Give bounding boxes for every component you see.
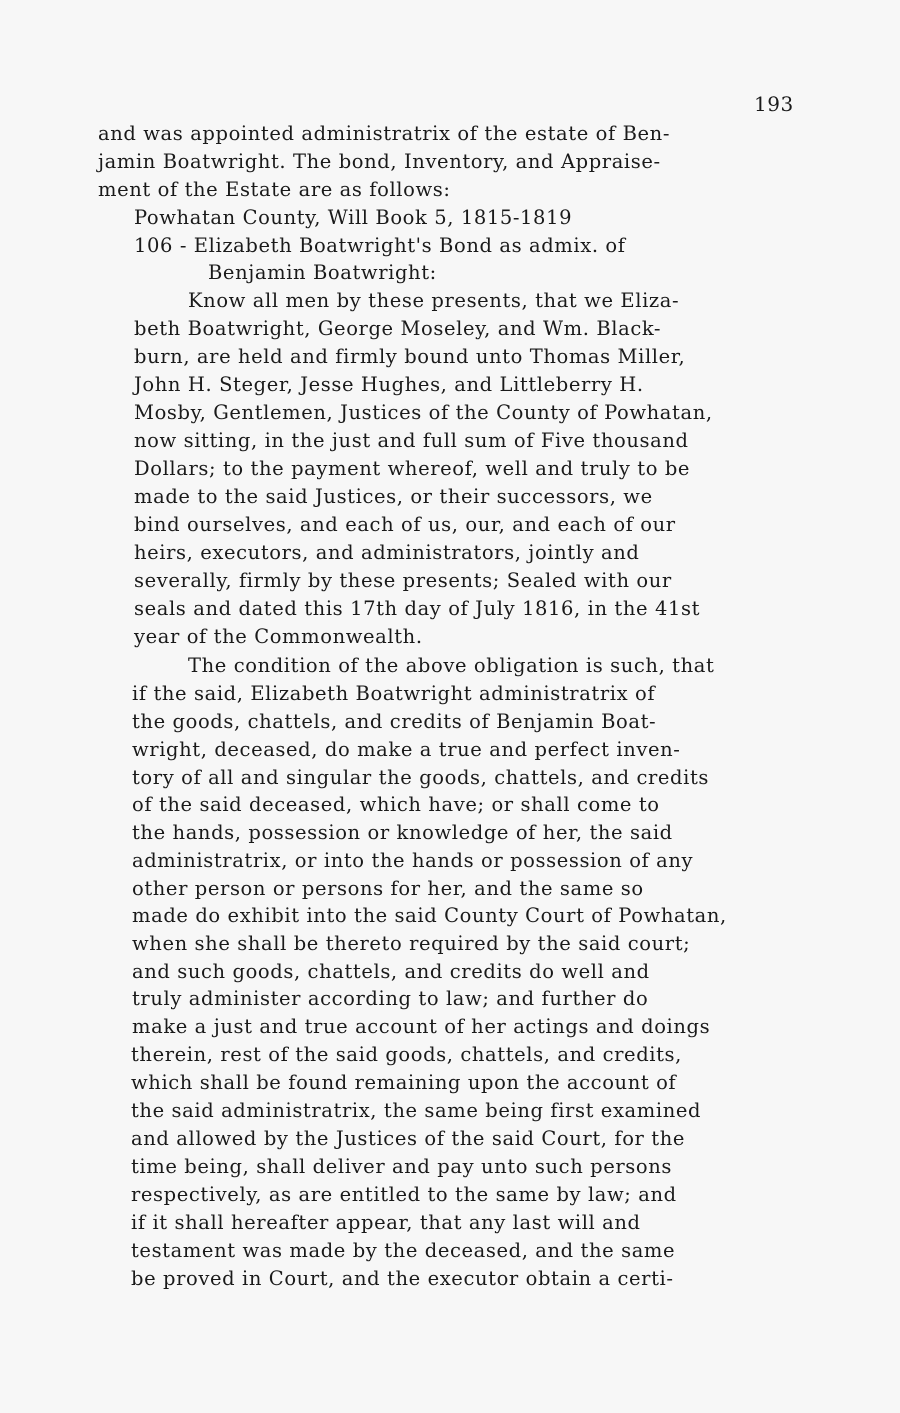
- text-line: 106 - Elizabeth Boatwright's Bond as adm…: [134, 234, 626, 258]
- text-line: if the said, Elizabeth Boatwright admini…: [132, 682, 655, 706]
- text-line: severally, firmly by these presents; Sea…: [134, 569, 672, 593]
- text-line: time being, shall deliver and pay unto s…: [131, 1155, 672, 1179]
- text-line: jamin Boatwright. The bond, Inventory, a…: [98, 150, 661, 174]
- text-line: respectively, as are entitled to the sam…: [131, 1183, 677, 1207]
- text-line: beth Boatwright, George Moseley, and Wm.…: [134, 317, 661, 341]
- text-line: which shall be found remaining upon the …: [131, 1071, 676, 1095]
- text-line: when she shall be thereto required by th…: [132, 932, 690, 956]
- text-line: year of the Commonwealth.: [134, 625, 423, 649]
- text-line: now sitting, in the just and full sum of…: [134, 429, 689, 453]
- text-line: Dollars; to the payment whereof, well an…: [134, 457, 690, 481]
- text-line: truly administer according to law; and f…: [132, 987, 648, 1011]
- text-line: The condition of the above obligation is…: [188, 654, 714, 678]
- text-line: Mosby, Gentlemen, Justices of the County…: [134, 401, 713, 425]
- text-line: therein, rest of the said goods, chattel…: [131, 1043, 682, 1067]
- text-line: the said administratrix, the same being …: [131, 1099, 701, 1123]
- text-line: Powhatan County, Will Book 5, 1815-1819: [134, 206, 572, 230]
- text-line: the goods, chattels, and credits of Benj…: [132, 710, 656, 734]
- text-line: of the said deceased, which have; or sha…: [132, 793, 660, 817]
- text-line: other person or persons for her, and the…: [132, 877, 644, 901]
- text-line: ment of the Estate are as follows:: [98, 178, 451, 202]
- text-line: and such goods, chattels, and credits do…: [132, 960, 650, 984]
- text-line: Benjamin Boatwright:: [208, 261, 437, 285]
- text-line: made to the said Justices, or their succ…: [134, 485, 653, 509]
- text-line: tory of all and singular the goods, chat…: [132, 766, 709, 790]
- text-line: Know all men by these presents, that we …: [188, 289, 679, 313]
- text-line: bind ourselves, and each of us, our, and…: [134, 513, 676, 537]
- text-line: and allowed by the Justices of the said …: [131, 1127, 685, 1151]
- page-number: 193: [754, 92, 794, 116]
- text-line: make a just and true account of her acti…: [132, 1015, 710, 1039]
- text-line: burn, are held and firmly bound unto Tho…: [134, 345, 685, 369]
- text-line: the hands, possession or knowledge of he…: [132, 821, 673, 845]
- text-line: testament was made by the deceased, and …: [131, 1239, 675, 1263]
- text-line: and was appointed administratrix of the …: [98, 122, 670, 146]
- text-line: heirs, executors, and administrators, jo…: [134, 541, 639, 565]
- text-line: seals and dated this 17th day of July 18…: [134, 597, 700, 621]
- text-line: John H. Steger, Jesse Hughes, and Little…: [134, 373, 644, 397]
- text-line: be proved in Court, and the executor obt…: [131, 1267, 674, 1291]
- text-line: wright, deceased, do make a true and per…: [132, 738, 680, 762]
- text-line: made do exhibit into the said County Cou…: [132, 904, 727, 928]
- text-line: if it shall hereafter appear, that any l…: [131, 1211, 641, 1235]
- text-line: administratrix, or into the hands or pos…: [132, 849, 693, 873]
